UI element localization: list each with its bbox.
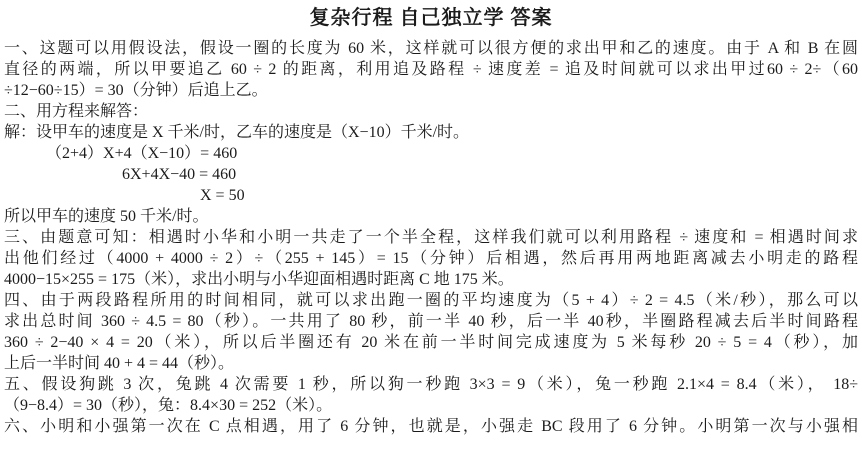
answer4-line2: 求出总时间 360 ÷ 4.5 = 80（秒）。一共用了 80 秒，前一半 40…	[4, 311, 858, 332]
answer3-line3: 4000−15×255 = 175（米），求出小明与小华迎面相遇时距离 C 地 …	[4, 269, 858, 290]
answer-sheet-page: 复杂行程 自己独立学 答案 一、这题可以用假设法，假设一圈的长度为 60 米，这…	[0, 0, 862, 451]
answer3-line1: 三、由题意可知：相遇时小华和小明一共走了一个半全程，这样我们就可以利用路程 ÷ …	[4, 227, 858, 248]
answer3-line2: 出他们经过（4000 + 4000 ÷ 2）÷（255 + 145）= 15（分…	[4, 248, 858, 269]
answer2-equation-1: （2+4）X+4（X−10）= 460	[4, 143, 858, 164]
doc-title: 复杂行程 自己独立学 答案	[4, 5, 858, 31]
answer4-line4: 上后一半时间 40 + 4 = 44（秒）。	[4, 353, 858, 374]
answer4-line1: 四、由于两段路程所用的时间相同，就可以求出跑一圈的平均速度为（5 + 4）÷ 2…	[4, 290, 858, 311]
answer1-line2: 直径的两端，所以甲要追乙 60 ÷ 2 的距离，利用追及路程 ÷ 速度差 = 追…	[4, 59, 858, 80]
answer1-line1: 一、这题可以用假设法，假设一圈的长度为 60 米，这样就可以很方便的求出甲和乙的…	[4, 38, 858, 59]
answer4-line3: 360 ÷ 2−40 × 4 = 20（米），所以后半圈还有 20 米在前一半时…	[4, 332, 858, 353]
answer6-line1: 六、小明和小强第一次在 C 点相遇，用了 6 分钟，也就是，小强走 BC 段用了…	[4, 416, 858, 437]
answer2-solution-setup: 解：设甲车的速度是 X 千米/时，乙车的速度是（X−10）千米/时。	[4, 122, 858, 143]
answer1-line3: ÷12−60÷15）= 30（分钟）后追上乙。	[4, 80, 858, 101]
answer2-equation-2: 6X+4X−40 = 460	[4, 164, 858, 185]
answer2-equation-3: X = 50	[4, 185, 858, 206]
answer5-line2: （9−8.4）= 30（秒），兔：8.4×30 = 252（米）。	[4, 395, 858, 416]
answer2-heading: 二、用方程来解答：	[4, 101, 858, 122]
answer5-line1: 五、假设狗跳 3 次，兔跳 4 次需要 1 秒，所以狗一秒跑 3×3 = 9（米…	[4, 374, 858, 395]
answer2-conclusion: 所以甲车的速度 50 千米/时。	[4, 206, 858, 227]
